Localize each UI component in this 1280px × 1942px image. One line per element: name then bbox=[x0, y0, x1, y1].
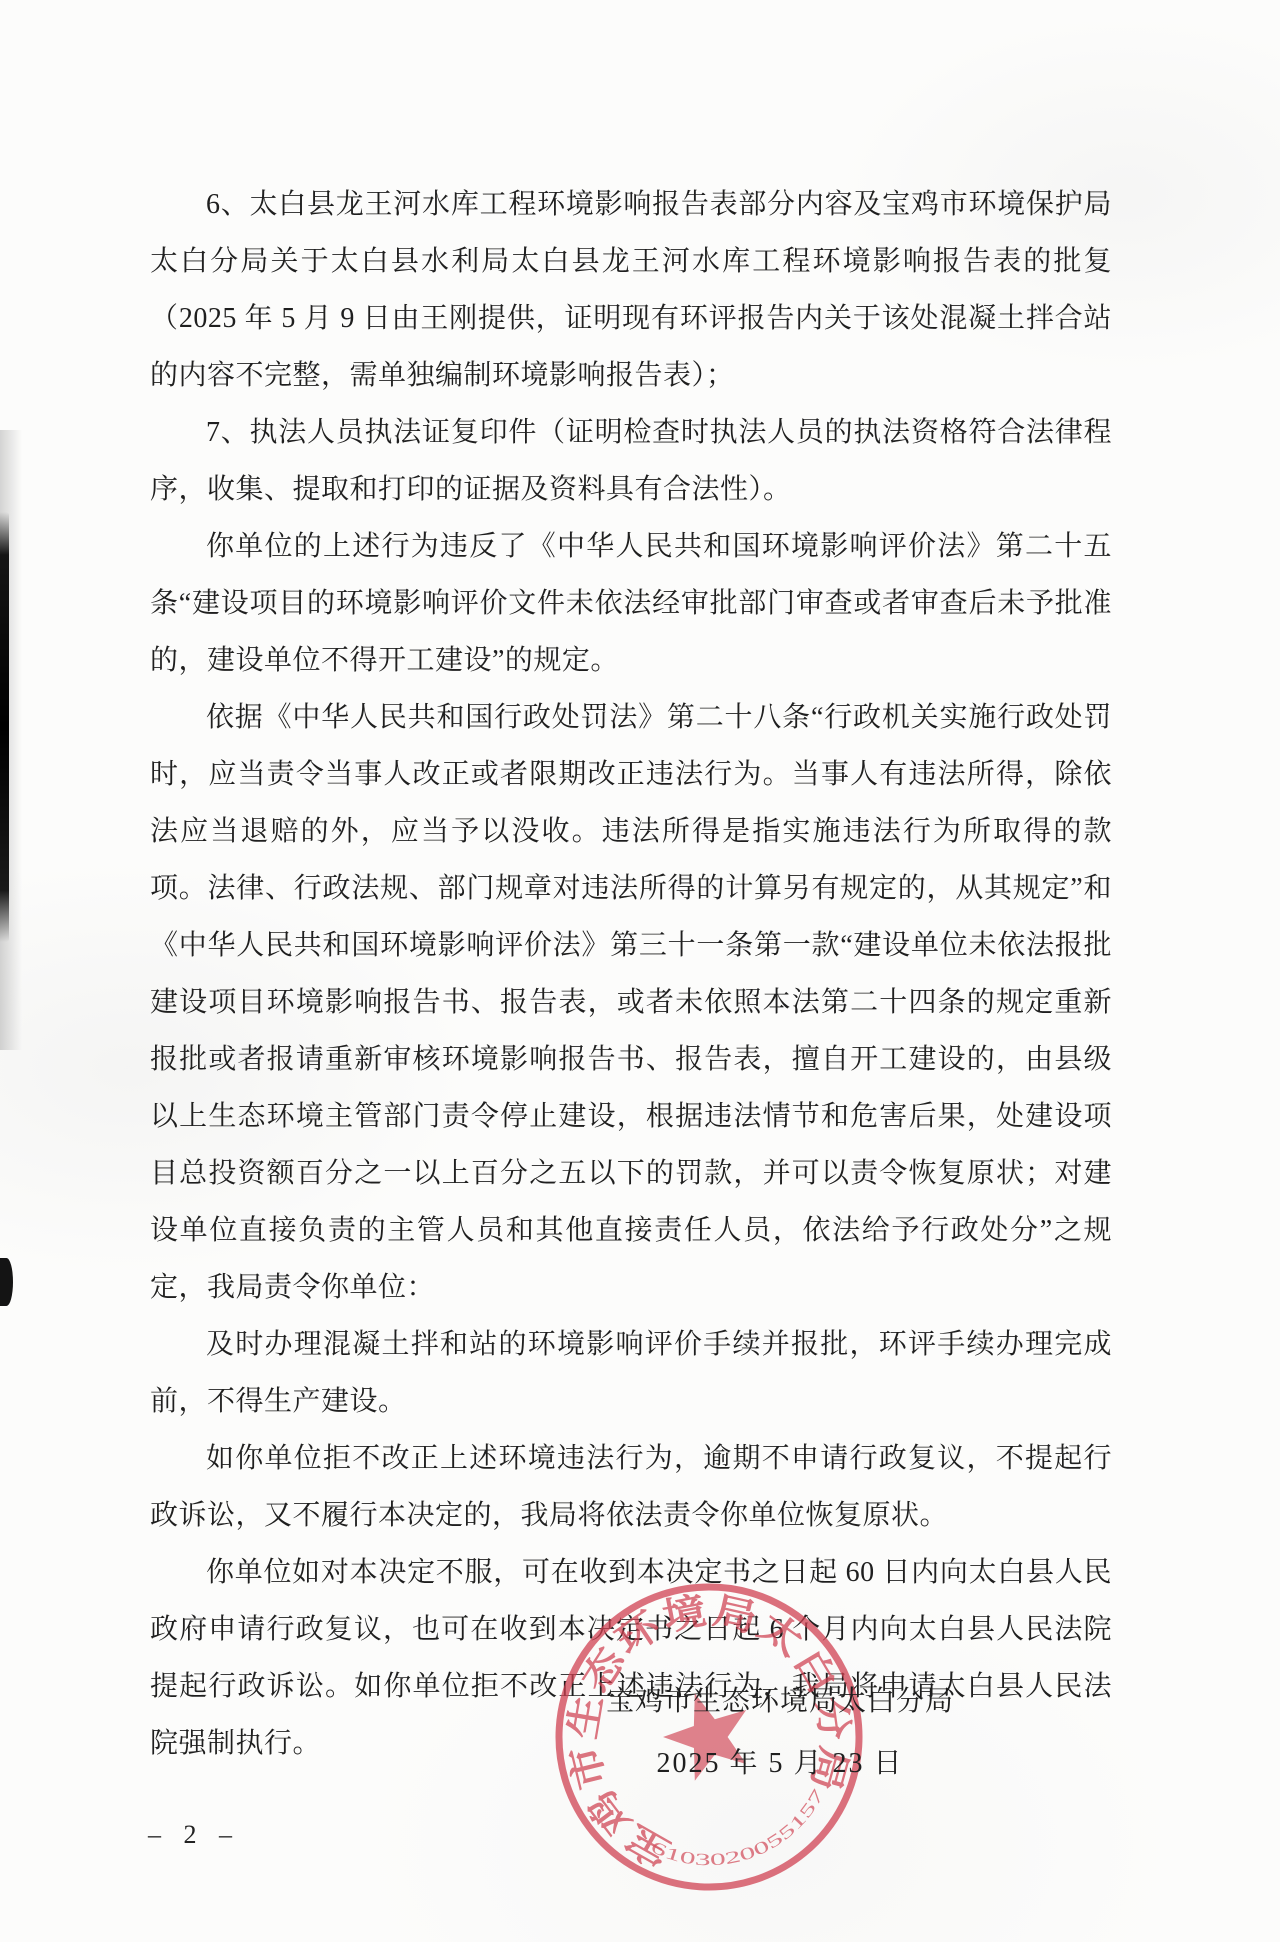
body-paragraph: 6、太白县龙王河水库工程环境影响报告表部分内容及宝鸡市环境保护局太白分局关于太白… bbox=[150, 176, 1112, 404]
decision-date: 2025 年 5 月 23 日 bbox=[540, 1732, 1020, 1796]
signature-block: 宝鸡市生态环境局太白分局 2025 年 5 月 23 日 bbox=[540, 1672, 1020, 1796]
body-paragraph: 及时办理混凝土拌和站的环境影响评价手续并报批，环评手续办理完成前，不得生产建设。 bbox=[150, 1316, 1112, 1430]
issuing-agency: 宝鸡市生态环境局太白分局 bbox=[540, 1672, 1020, 1732]
scan-left-edge-artifact bbox=[0, 512, 9, 942]
scan-left-mark-artifact bbox=[0, 1258, 13, 1306]
document-body: 6、太白县龙王河水库工程环境影响报告表部分内容及宝鸡市环境保护局太白分局关于太白… bbox=[150, 176, 1112, 1772]
body-paragraph: 7、执法人员执法证复印件（证明检查时执法人员的执法资格符合法律程序，收集、提取和… bbox=[150, 404, 1112, 518]
body-paragraph: 如你单位拒不改正上述环境违法行为，逾期不申请行政复议，不提起行政诉讼，又不履行本… bbox=[150, 1430, 1112, 1544]
body-paragraph: 你单位的上述行为违反了《中华人民共和国环境影响评价法》第二十五条“建设项目的环境… bbox=[150, 518, 1112, 689]
body-paragraph: 依据《中华人民共和国行政处罚法》第二十八条“行政机关实施行政处罚时，应当责令当事… bbox=[150, 689, 1112, 1316]
page-number: – 2 – bbox=[148, 1820, 240, 1850]
